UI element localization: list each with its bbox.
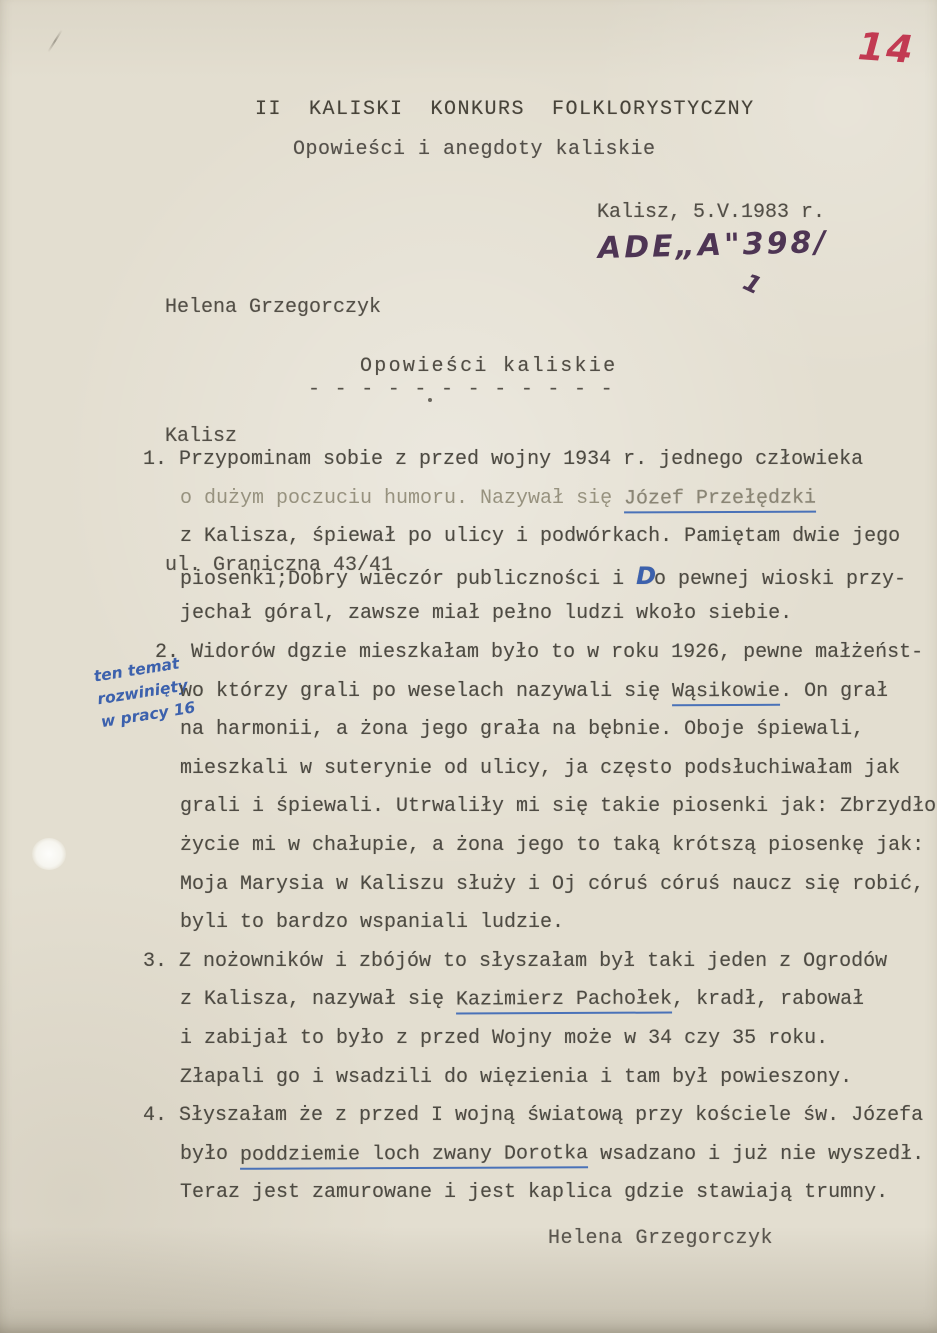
body-line: wo którzy grali po weselach nazywali się… bbox=[143, 673, 937, 712]
underlined-text: poddziemie loch zwany Dorotka bbox=[240, 1142, 588, 1170]
document-page: 14 II KALISKI KONKURS FOLKLORYSTYCZNY Op… bbox=[0, 0, 937, 1333]
body-line: jechał góral, zawsze miał pełno ludzi wk… bbox=[143, 595, 937, 634]
body-line: było poddziemie loch zwany Dorotka wsadz… bbox=[143, 1136, 937, 1175]
typed-text: Moja Marysia w Kaliszu służy i Oj córuś … bbox=[180, 873, 924, 896]
body-line: piosenki;Dobry wieczór publiczności i Do… bbox=[143, 557, 937, 596]
typed-text: 4. Słyszałam że z przed I wojną światową… bbox=[143, 1104, 923, 1127]
archive-note-handwritten: ADE„A"398/ bbox=[598, 225, 829, 266]
typed-text: z Kalisza, nazywał się bbox=[180, 988, 456, 1011]
dateline: Kalisz, 5.V.1983 r. bbox=[597, 201, 825, 224]
body-line: mieszkali w suterynie od ulicy, ja częst… bbox=[143, 750, 937, 789]
body-line: byli to bardzo wspaniali ludzie. bbox=[143, 904, 937, 943]
document-title: II KALISKI KONKURS FOLKLORYSTYCZNY bbox=[255, 98, 755, 121]
body-line: Złapali go i wsadzili do więzienia i tam… bbox=[143, 1059, 937, 1098]
document-subtitle: Opowieści i anegdoty kaliskie bbox=[293, 138, 656, 161]
body-line: Moja Marysia w Kaliszu służy i Oj córuś … bbox=[143, 866, 937, 905]
body-line: 4. Słyszałam że z przed I wojną światową… bbox=[143, 1097, 937, 1136]
typed-text: wsadzano i już nie wyszedł. bbox=[588, 1143, 924, 1166]
underlined-text: Wąsikowie bbox=[672, 679, 780, 705]
typed-text: byli to bardzo wspaniali ludzie. bbox=[180, 911, 564, 934]
body-line: z Kalisza, nazywał się Kazimierz Pachołe… bbox=[143, 981, 937, 1020]
typed-text: życie mi w chałupie, a żona jego to taką… bbox=[180, 834, 924, 857]
typed-text: grali i śpiewali. Utrwaliły mi się takie… bbox=[180, 795, 936, 818]
heading-underline-dashes: - - - - - - - - - - - - bbox=[308, 378, 614, 401]
body-line: 2. Widorów dgzie mieszkałam było to w ro… bbox=[143, 634, 937, 673]
pencil-mark bbox=[47, 29, 62, 52]
typed-text: 1. Przypominam sobie z przed wojny 1934 … bbox=[143, 448, 863, 471]
body-line: 3. Z nożowników i zbójów to słyszałam by… bbox=[143, 943, 937, 982]
signature: Helena Grzegorczyk bbox=[548, 1227, 773, 1250]
typewriter-dot-artifact bbox=[428, 398, 432, 402]
typed-text: było bbox=[180, 1143, 240, 1166]
typed-text: Złapali go i wsadzili do więzienia i tam… bbox=[180, 1066, 852, 1089]
paper-hole-spot bbox=[32, 838, 66, 870]
body-line: Teraz jest zamurowane i jest kaplica gdz… bbox=[143, 1174, 937, 1213]
body-line: z Kalisza, śpiewał po ulicy i podwórkach… bbox=[143, 518, 937, 557]
typed-text: o dużym poczuciu humoru. Nazywał się bbox=[180, 487, 624, 510]
typed-text: z Kalisza, śpiewał po ulicy i podwórkach… bbox=[180, 525, 900, 548]
typed-text: piosenki;Dobry wieczór publiczności i bbox=[180, 568, 636, 591]
underlined-text: Józef Przełędzki bbox=[624, 486, 816, 513]
underlined-text: Kazimierz Pachołek bbox=[456, 988, 672, 1015]
typed-text: i zabijał to było z przed Wojny może w 3… bbox=[180, 1027, 828, 1050]
body-line: na harmonii, a żona jego grała na bębnie… bbox=[143, 711, 937, 750]
section-heading: Opowieści kaliskie bbox=[360, 355, 617, 378]
typed-text: 3. Z nożowników i zbójów to słyszałam by… bbox=[143, 950, 887, 973]
typed-text: o pewnej wioski przy- bbox=[654, 568, 906, 591]
handwritten-correction: D bbox=[636, 562, 654, 590]
typed-text: Teraz jest zamurowane i jest kaplica gdz… bbox=[180, 1181, 888, 1204]
author-name: Helena Grzegorczyk bbox=[165, 286, 393, 329]
body-line: i zabijał to było z przed Wojny może w 3… bbox=[143, 1020, 937, 1059]
typed-text: wo którzy grali po weselach nazywali się bbox=[180, 680, 672, 703]
typed-text: mieszkali w suterynie od ulicy, ja częst… bbox=[180, 757, 900, 780]
page-number-handwritten: 14 bbox=[857, 24, 917, 72]
body-line: o dużym poczuciu humoru. Nazywał się Józ… bbox=[143, 480, 937, 519]
typed-text: jechał góral, zawsze miał pełno ludzi wk… bbox=[180, 602, 792, 625]
typed-text: , kradł, rabował bbox=[672, 988, 864, 1011]
typed-text: na harmonii, a żona jego grała na bębnie… bbox=[180, 718, 864, 741]
typed-text: 2. Widorów dgzie mieszkałam było to w ro… bbox=[143, 641, 923, 664]
typed-text: . On grał bbox=[780, 680, 888, 703]
document-body: 1. Przypominam sobie z przed wojny 1934 … bbox=[143, 441, 937, 1213]
body-line: życie mi w chałupie, a żona jego to taką… bbox=[143, 827, 937, 866]
archive-note-tail-handwritten: 1 bbox=[739, 268, 766, 300]
body-line: 1. Przypominam sobie z przed wojny 1934 … bbox=[143, 441, 937, 480]
body-line: grali i śpiewali. Utrwaliły mi się takie… bbox=[143, 788, 937, 827]
